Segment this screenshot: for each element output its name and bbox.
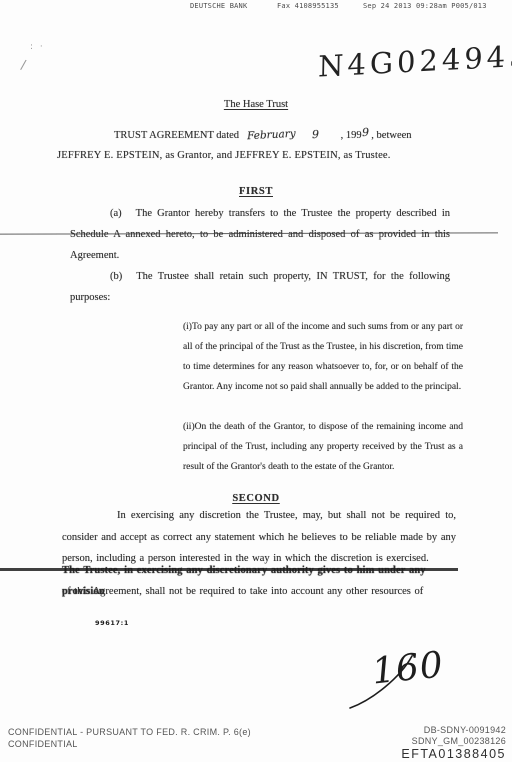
paragraph-a-label: (a) [110,208,136,219]
handwritten-reference-code: N4G024943 [318,38,512,83]
fax-number: Fax 4108955135 [277,2,339,10]
bates-sdny-gm: SDNY_GM_00238126 [401,736,506,747]
handwritten-underline-stroke [342,652,442,712]
intro-printed-mid: , 199 [341,130,362,141]
confidential-line2: CONFIDENTIAL [8,738,251,750]
section-heading-second: SECOND [0,493,512,504]
bates-footer: DB-SDNY-0091942 SDNY_GM_00238126 EFTA013… [401,725,506,761]
confidential-line1: CONFIDENTIAL - PURSUANT TO FED. R. CRIM.… [8,726,251,738]
handwritten-month: February [247,128,296,143]
bates-efta: EFTA01388405 [401,747,506,761]
trust-agreement-intro-line: TRUST AGREEMENT datedFebruary9, 1999 , b… [114,128,412,141]
intro-printed-post: , between [369,130,412,141]
trust-agreement-parties-line: JEFFREY E. EPSTEIN, as Grantor, and JEFF… [57,150,391,161]
second-paragraph-part2: of this Agreement, shall not be required… [62,581,456,602]
fax-sender-name: DEUTSCHE BANK [190,2,247,10]
document-title: The Hase Trust [0,99,512,110]
intro-printed-pre: TRUST AGREEMENT dated [114,130,239,141]
paragraph-b-label: (b) [110,271,136,282]
subparagraph-i: (i)To pay any part or all of the income … [183,317,463,397]
section-heading-first: FIRST [0,186,512,197]
confidential-footer: CONFIDENTIAL - PURSUANT TO FED. R. CRIM.… [8,726,251,750]
margin-pencil-stroke: / [19,58,26,74]
bates-db-sdny: DB-SDNY-0091942 [401,725,506,736]
handwritten-year-digit: 9 [361,126,369,139]
margin-pencil-dots: : · [30,42,45,52]
document-reference-number: 99617:1 [95,619,129,627]
handwritten-day: 9 [311,128,318,141]
scanned-fax-document-page: DEUTSCHE BANK Fax 4108955135 Sep 24 2013… [0,0,512,762]
subparagraph-ii: (ii)On the death of the Grantor, to disp… [183,417,463,477]
paragraph-b: (b)The Trustee shall retain such propert… [70,266,450,308]
scan-crease-line-dark [0,568,458,571]
fax-datetime-page: Sep 24 2013 09:28am P005/013 [363,2,487,10]
paragraph-a: (a)The Grantor hereby transfers to the T… [70,203,450,266]
